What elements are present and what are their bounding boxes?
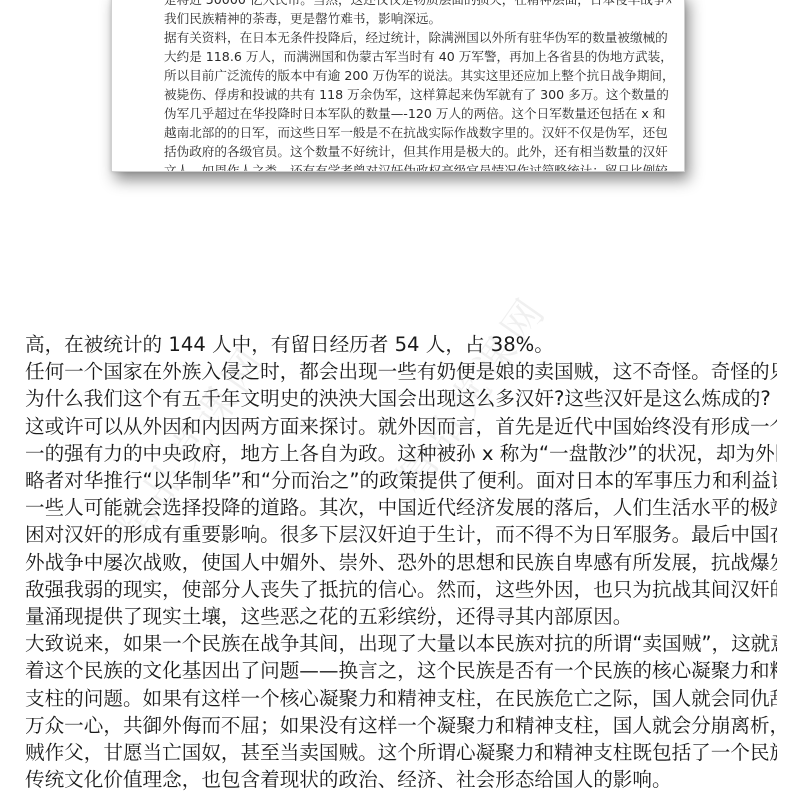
body-line: 困对汉奸的形成有重要影响。很多下层汉奸迫于生计，而不得不为日军服务。最后中国在对 (25, 521, 777, 548)
body-line: 略者对华推行“以华制华”和“分而治之”的政策提供了便利。面对日本的军事压力和利益… (25, 467, 777, 494)
body-line: 传统文化价值理念，也包含着现状的政治、经济、社会形态给国人的影响。 (25, 766, 777, 793)
body-line: 一些人可能就会选择投降的道路。其次，中国近代经济发展的落后，人们生活水平的极端贫 (25, 494, 777, 521)
card-line: 被毙伤、俘虏和投诚的共有 118 万余伪军，这样算起来伪军就有了 300 多万。… (164, 85, 672, 104)
body-line: 一的强有力的中央政府，地方上各自为政。这种被孙 x 称为“一盘散沙”的状况，却为… (25, 440, 777, 467)
card-line: 括伪政府的各级官员。这个数量不好统计，但其作用是极大的。此外，还有相当数量的汉奸 (164, 142, 672, 161)
body-line: 这或许可以从外因和内因两方面来探讨。就外因而言，首先是近代中国始终没有形成一个统 (25, 413, 777, 440)
body-line: 为什么我们这个有五千年文明史的泱泱大国会出现这么多汉奸?这些汉奸是这么炼成的? (25, 385, 777, 412)
body-line: 敌强我弱的现实，使部分人丧失了抵抗的信心。然而，这些外因，也只为抗战其间汉奸的大 (25, 576, 777, 603)
body-line: 贼作父，甘愿当亡国奴，甚至当卖国贼。这个所谓心凝聚力和精神支柱既包括了一个民族的 (25, 739, 777, 766)
body-line: 着这个民族的文化基因出了问题——换言之，这个民族是否有一个民族的核心凝聚力和精神 (25, 657, 777, 684)
body-line: 支柱的问题。如果有这样一个核心凝聚力和精神支柱，在民族危亡之际，国人就会同仇敌忾… (25, 685, 777, 712)
card-line: 所以目前广泛流传的版本中有逾 200 万伪军的说法。其实这里还应加上整个抗日战争… (164, 66, 672, 85)
card-line: 伪军几乎超过在华投降时日本军队的数量—-120 万人的两倍。这个日军数量还包括在… (164, 104, 672, 123)
body-line: 外战争中屡次战败，使国人中媚外、崇外、恐外的思想和民族自卑感有所发展，抗战爆发后 (25, 549, 777, 576)
card-line: 越南北部的的日军，而这些日军一般是不在抗战实际作战数字里的。汉奸不仅是伪军，还包 (164, 123, 672, 142)
body-line: 量涌现提供了现实土壤，这些恶之花的五彩缤纷，还得寻其内部原因。 (25, 603, 777, 630)
body-line: 大致说来，如果一个民族在战争其间，出现了大量以本民族对抗的所谓“卖国贼”，这就意… (25, 630, 777, 657)
card-line: 据有关资料，在日本无条件投降后，经过统计，除满洲国以外所有驻华伪军的数量被缴械的 (164, 28, 672, 47)
card-line: 是将近 50000 亿人民币。当然，这还仅仅是物质层面的损失，在精神层面，日本侵… (164, 0, 672, 9)
embedded-page-image: 是将近 50000 亿人民币。当然，这还仅仅是物质层面的损失，在精神层面，日本侵… (111, 0, 685, 172)
card-line: 我们民族精神的荼毒，更是罄竹难书，影响深远。 (164, 9, 672, 28)
embedded-page-text: 是将近 50000 亿人民币。当然，这还仅仅是物质层面的损失，在精神层面，日本侵… (164, 0, 672, 172)
card-line: 文人。如周作人之类。还有有学者曾对汉奸伪政权高级官员情况作过简略统计：留日比例较 (164, 161, 672, 172)
card-line: 大约是 118.6 万人，而满洲国和伪蒙古军当时有 40 万军警，再加上各省县的… (164, 47, 672, 66)
document-body: 高，在被统计的 144 人中，有留日经历者 54 人，占 38%。 任何一个国家… (25, 331, 777, 793)
body-line: 任何一个国家在外族入侵之时，都会出现一些有奶便是娘的卖国贼，这不奇怪。奇怪的只是… (25, 358, 777, 385)
body-line: 万众一心，共御外侮而不屈；如果没有这样一个凝聚力和精神支柱，国人就会分崩离析，认 (25, 712, 777, 739)
body-line: 高，在被统计的 144 人中，有留日经历者 54 人，占 38%。 (25, 331, 777, 358)
